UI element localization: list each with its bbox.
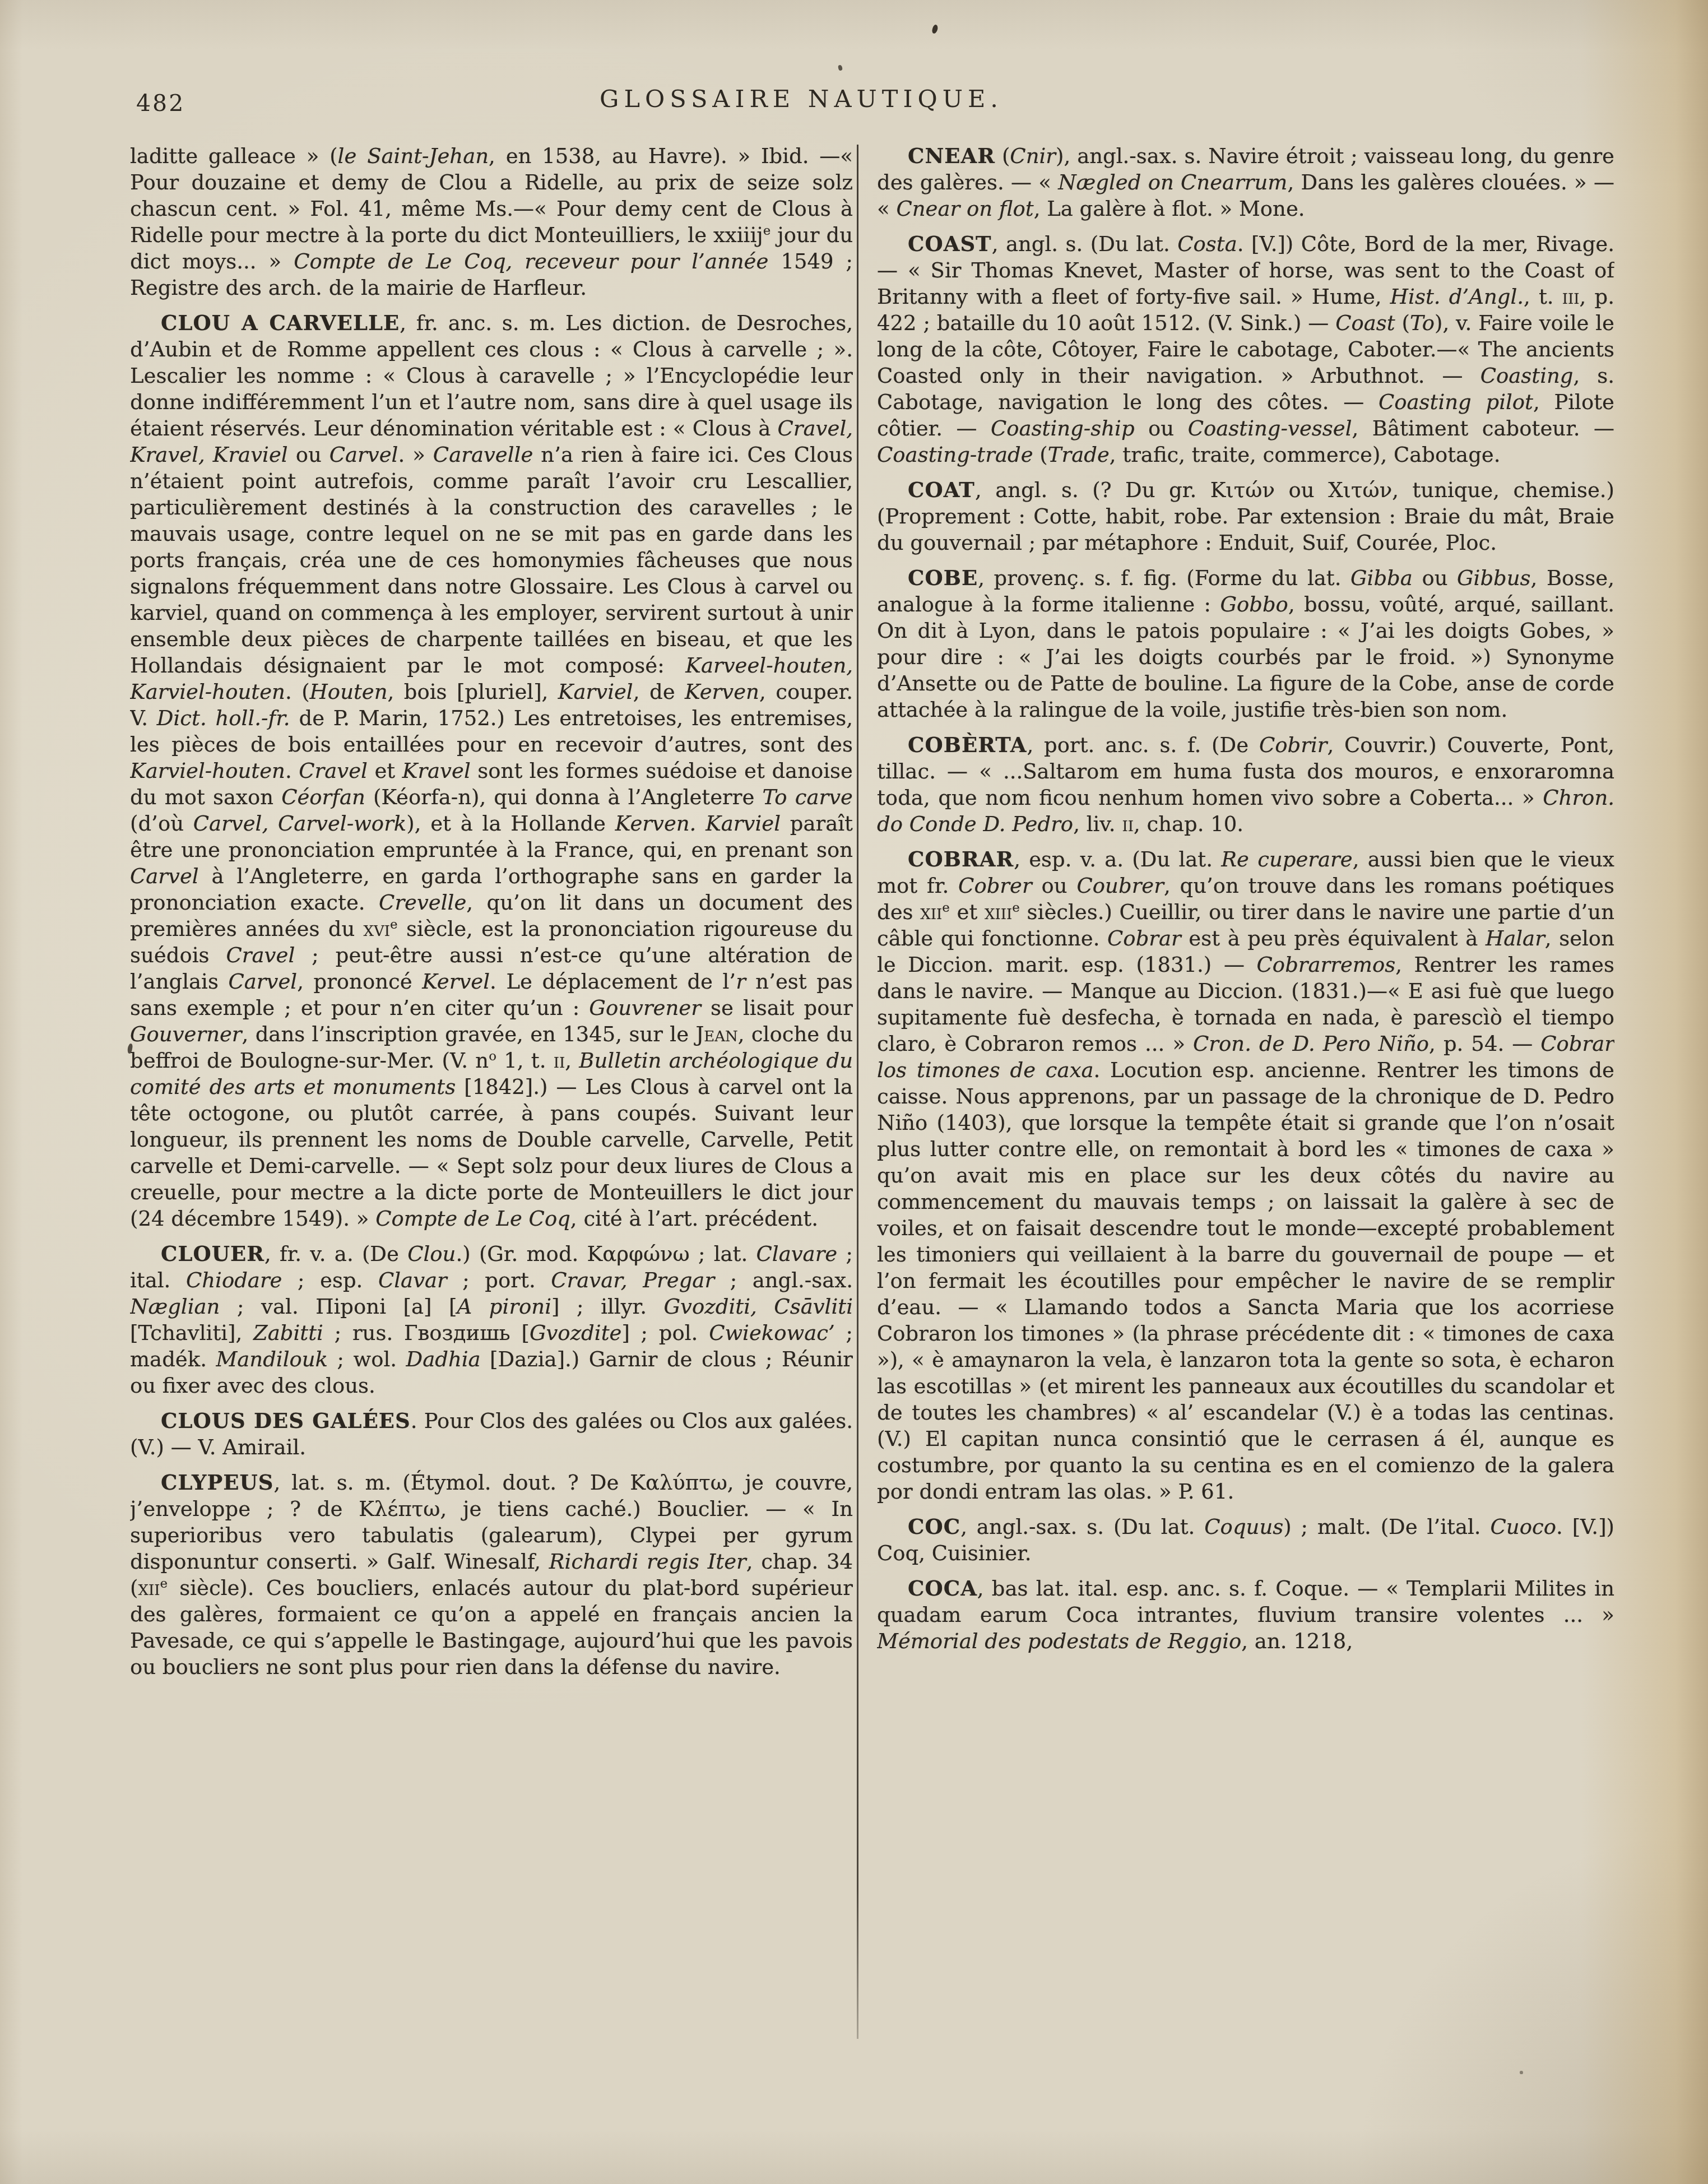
entry-text: Coasting-trade xyxy=(877,443,1033,467)
entry-text: Coquus xyxy=(1204,1515,1283,1539)
entry-text: Cnir xyxy=(1010,144,1056,168)
entry-text: ( xyxy=(1395,311,1410,335)
ink-speck xyxy=(1520,2071,1523,2074)
entry-text: e xyxy=(1012,901,1020,915)
dictionary-entry: COBRAR, esp. v. a. (Du lat. Re cuperare,… xyxy=(877,846,1614,1505)
entry-text: , provenç. s. f. fig. (Forme du lat. xyxy=(978,566,1350,590)
entry-text: et xyxy=(950,900,985,924)
entry-text: ou xyxy=(1032,874,1077,898)
entry-text: . ( xyxy=(285,680,310,704)
ink-speck xyxy=(931,24,939,34)
entry-text: Cnear on flot xyxy=(896,197,1033,221)
dictionary-entry: CLYPEUS, lat. s. m. (Étymol. dout. ? De … xyxy=(130,1469,853,1680)
entry-headword: COBRAR xyxy=(908,847,1014,871)
entry-text: Halar xyxy=(1486,926,1545,950)
entry-text: , Bâtiment caboteur. — xyxy=(1352,416,1614,440)
entry-text: Coast xyxy=(1335,311,1395,335)
entry-text: Cuoco xyxy=(1491,1515,1556,1539)
entry-text: ou xyxy=(1413,566,1457,590)
entry-text: Hist. d’Angl. xyxy=(1390,285,1524,309)
entry-text: Cron. de D. Pero Niño xyxy=(1193,1032,1429,1056)
entry-text: Carvel, Carvel-work xyxy=(193,812,406,836)
entry-text: , bas lat. ital. esp. anc. s. f. Coque. … xyxy=(877,1576,1614,1627)
entry-text: , La galère à flot. » Mone. xyxy=(1034,197,1305,221)
entry-text: Kerven xyxy=(685,680,759,704)
entry-text: Coasting xyxy=(1480,364,1574,388)
entry-text: o xyxy=(489,1049,496,1064)
entry-text: iii xyxy=(1562,285,1580,309)
entry-text: Carvel xyxy=(130,864,199,888)
entry-text: Coasting-ship xyxy=(991,416,1135,440)
entry-text: . Le déplacement de l’ xyxy=(490,970,736,994)
entry-text: e xyxy=(763,224,771,238)
entry-text: ; port. xyxy=(447,1268,551,1292)
entry-text: r xyxy=(736,970,746,994)
dictionary-entry: COAST, angl. s. (Du lat. Costa. [V.]) Cô… xyxy=(877,231,1614,468)
entry-text: Næglian xyxy=(130,1295,220,1319)
dictionary-entry: COC, angl.-sax. s. (Du lat. Coquus) ; ma… xyxy=(877,1514,1614,1566)
entry-text: Cobrar xyxy=(1107,926,1181,950)
entry-text: , xyxy=(565,1049,579,1073)
entry-text: , t. xyxy=(1524,285,1562,309)
entry-text: Cwiekowac’ xyxy=(709,1321,835,1345)
entry-text: Karviel xyxy=(558,680,633,704)
entry-text: Nægled on Cnearrum xyxy=(1058,170,1287,194)
entry-text: . xyxy=(285,759,299,783)
entry-text: Kervel xyxy=(422,970,490,994)
entry-text: To carve xyxy=(763,785,853,809)
dictionary-entry: CLOUER, fr. v. a. (De Clou.) (Gr. mod. Κ… xyxy=(130,1241,853,1399)
entry-text: Cravel xyxy=(226,943,295,967)
entry-text: , angl.-sax. s. (Du lat. xyxy=(960,1515,1204,1539)
entry-text: Gibbus xyxy=(1457,566,1531,590)
entry-text: Coubrer xyxy=(1077,874,1164,898)
entry-text: ; esp. xyxy=(282,1268,378,1292)
entry-text: , bois [pluriel], xyxy=(388,680,558,704)
entry-text: Re cuperare xyxy=(1221,847,1352,871)
entry-text: ( xyxy=(1033,443,1048,467)
dictionary-entry: COBE, provenç. s. f. fig. (Forme du lat.… xyxy=(877,565,1614,723)
column-divider xyxy=(857,145,858,2039)
entry-text: ( xyxy=(995,144,1010,168)
entry-headword: COBÈRTA xyxy=(908,732,1027,757)
entry-text: , angl. s. (Du lat. xyxy=(992,232,1178,256)
entry-text: Gvozditi, Csāvliti xyxy=(664,1295,853,1319)
entry-headword: COC xyxy=(908,1514,960,1539)
entry-text: To xyxy=(1410,311,1435,335)
dictionary-entry: COAT, angl. s. (? Du gr. Κιτών ou Χιτών,… xyxy=(877,477,1614,556)
entry-text: se lisait pour xyxy=(701,996,853,1020)
entry-text: Caravelle xyxy=(433,443,533,467)
entry-text: ] ; illyr. xyxy=(551,1295,664,1319)
entry-text: Karviel-houten xyxy=(130,759,285,783)
entry-text: xii xyxy=(138,1576,160,1600)
entry-text: Céorfan xyxy=(281,785,365,809)
entry-text: ii xyxy=(1122,812,1134,836)
entry-text: laditte galleace » ( xyxy=(130,144,338,168)
entry-text: , p. 54. — xyxy=(1429,1032,1540,1056)
entry-text: A pironi xyxy=(457,1295,551,1319)
entry-text: ] ; pol. xyxy=(621,1321,709,1345)
entry-headword: CLOUS DES GALÉES xyxy=(161,1408,411,1433)
dictionary-entry: laditte galleace » (le Saint-Jehan, en 1… xyxy=(130,143,853,301)
entry-text: , an. 1218, xyxy=(1241,1629,1353,1653)
entry-headword: COAT xyxy=(908,477,975,502)
entry-text: Carvel xyxy=(329,443,398,467)
entry-text: Crevelle xyxy=(379,891,466,915)
entry-headword: CNEAR xyxy=(908,143,995,168)
entry-headword: COAST xyxy=(908,231,992,256)
entry-text: , prononcé xyxy=(297,970,422,994)
entry-headword: COBE xyxy=(908,565,978,590)
entry-text: Kravel xyxy=(402,759,471,783)
entry-text: Kerven. Karviel xyxy=(615,812,781,836)
entry-text: Mandilouk xyxy=(216,1347,328,1371)
dictionary-entry: COCA, bas lat. ital. esp. anc. s. f. Coq… xyxy=(877,1575,1614,1654)
entry-text: ) ; malt. (De l’ital. xyxy=(1283,1515,1490,1539)
entry-text: ou xyxy=(288,443,329,467)
entry-text: . » xyxy=(398,443,433,467)
entry-text: , port. anc. s. f. (De xyxy=(1027,733,1259,757)
entry-text: Jean xyxy=(695,1022,737,1046)
entry-text: ou xyxy=(1135,416,1188,440)
entry-text: , liv. xyxy=(1073,812,1122,836)
entry-text: , esp. v. a. (Du lat. xyxy=(1014,847,1221,871)
entry-text: , angl. s. (? Du gr. Κιτών ou Χιτών, tun… xyxy=(877,478,1614,555)
entry-text: et xyxy=(368,759,402,783)
entry-headword: CLOUER xyxy=(161,1241,264,1266)
ink-speck xyxy=(838,64,843,71)
entry-text: Trade xyxy=(1048,443,1110,467)
entry-text: Gvozdite xyxy=(530,1321,622,1345)
entry-text: .) (Gr. mod. Καρφώνω ; lat. xyxy=(456,1242,756,1266)
entry-headword: CLOU A CARVELLE xyxy=(161,310,400,335)
entry-text: Costa xyxy=(1177,232,1237,256)
entry-text: (Kéorfa-n), qui donna à l’Angleterre xyxy=(365,785,763,809)
entry-text: . Locution esp. ancienne. Rentrer les ti… xyxy=(877,1058,1614,1504)
entry-text: Dadhia xyxy=(406,1347,481,1371)
entry-text: , fr. v. a. (De xyxy=(264,1242,407,1266)
entry-text: ), et à la Hollande xyxy=(406,812,615,836)
entry-text: ; val. Піponi [а] [ xyxy=(220,1295,457,1319)
entry-text: Compte de Le Coq, receveur pour l’année xyxy=(294,249,768,273)
dictionary-entry: CLOU A CARVELLE, fr. anc. s. m. Les dict… xyxy=(130,310,853,1232)
entry-text: ii xyxy=(554,1049,565,1073)
entry-text: , trafic, traite, commerce), Cabotage. xyxy=(1110,443,1501,467)
running-title: GLOSSAIRE NAUTIQUE. xyxy=(465,85,1138,113)
entry-text: Gouverner xyxy=(130,1022,242,1046)
entry-text: e xyxy=(942,901,950,915)
entry-text: Gobbo xyxy=(1220,592,1288,616)
entry-text: Cravel xyxy=(299,759,368,783)
entry-text: xvi xyxy=(364,917,391,941)
book-page: 482 GLOSSAIRE NAUTIQUE. laditte galleace… xyxy=(0,0,1708,2184)
entry-text: Dict. holl.-fr. xyxy=(157,706,290,730)
entry-text: Richardi regis Iter xyxy=(549,1550,746,1574)
entry-text: Cravar, Pregar xyxy=(551,1268,714,1292)
entry-text: ; angl.-sax. xyxy=(714,1268,853,1292)
left-column: laditte galleace » (le Saint-Jehan, en 1… xyxy=(130,143,853,2138)
entry-text: Compte de Le Coq xyxy=(375,1207,570,1231)
page-number: 482 xyxy=(136,90,185,117)
entry-text: n’a rien à faire ici. Ces Clous n’étaien… xyxy=(130,443,853,678)
right-column: CNEAR (Cnir), angl.-sax. s. Navire étroi… xyxy=(877,143,1614,2160)
entry-text: Cobrer xyxy=(958,874,1032,898)
entry-text: Carvel xyxy=(228,970,297,994)
entry-text: le Saint-Jehan xyxy=(338,144,489,168)
entry-text: [Tchavliti], xyxy=(130,1321,253,1345)
entry-text: Gibba xyxy=(1350,566,1413,590)
entry-text: Clavare xyxy=(756,1242,838,1266)
entry-text: , cité à l’art. précédent. xyxy=(570,1207,818,1231)
entry-text: , dans l’inscription gravée, en 1345, su… xyxy=(242,1022,696,1046)
dictionary-entry: CLOUS DES GALÉES. Pour Clos des galées o… xyxy=(130,1408,853,1460)
entry-text: Cobrir xyxy=(1259,733,1327,757)
entry-text: , de xyxy=(633,680,685,704)
entry-text: Chiodare xyxy=(186,1268,282,1292)
dictionary-entry: COBÈRTA, port. anc. s. f. (De Cobrir, Co… xyxy=(877,732,1614,837)
entry-text: (d’où xyxy=(130,812,193,836)
entry-text: Zabitti xyxy=(253,1321,323,1345)
entry-text: ; rus. Гвоздишь [ xyxy=(323,1321,530,1345)
entry-text: Cobrarremos xyxy=(1257,953,1396,977)
entry-headword: COCA xyxy=(908,1576,977,1601)
entry-text: Clavar xyxy=(378,1268,447,1292)
entry-text: est à peu près équivalent à xyxy=(1181,926,1486,950)
entry-text: Houten xyxy=(310,680,388,704)
entry-text: Mémorial des podestats de Reggio xyxy=(877,1629,1241,1653)
entry-text: xii xyxy=(920,900,942,924)
entry-text: xiii xyxy=(985,900,1012,924)
entry-text: 1, t. xyxy=(496,1049,554,1073)
entry-text: Coasting-vessel xyxy=(1188,416,1352,440)
entry-text: e xyxy=(390,917,398,932)
entry-text: e xyxy=(160,1576,168,1591)
entry-text: ; wol. xyxy=(328,1347,406,1371)
entry-text: , chap. 10. xyxy=(1134,812,1243,836)
entry-text: siècle). Ces boucliers, enlacés autour d… xyxy=(130,1576,853,1679)
entry-text: Gouvrener xyxy=(589,996,701,1020)
dictionary-entry: CNEAR (Cnir), angl.-sax. s. Navire étroi… xyxy=(877,143,1614,222)
entry-text: Clou xyxy=(407,1242,456,1266)
entry-text: Coasting pilot xyxy=(1379,390,1533,414)
entry-headword: CLYPEUS xyxy=(161,1470,274,1495)
